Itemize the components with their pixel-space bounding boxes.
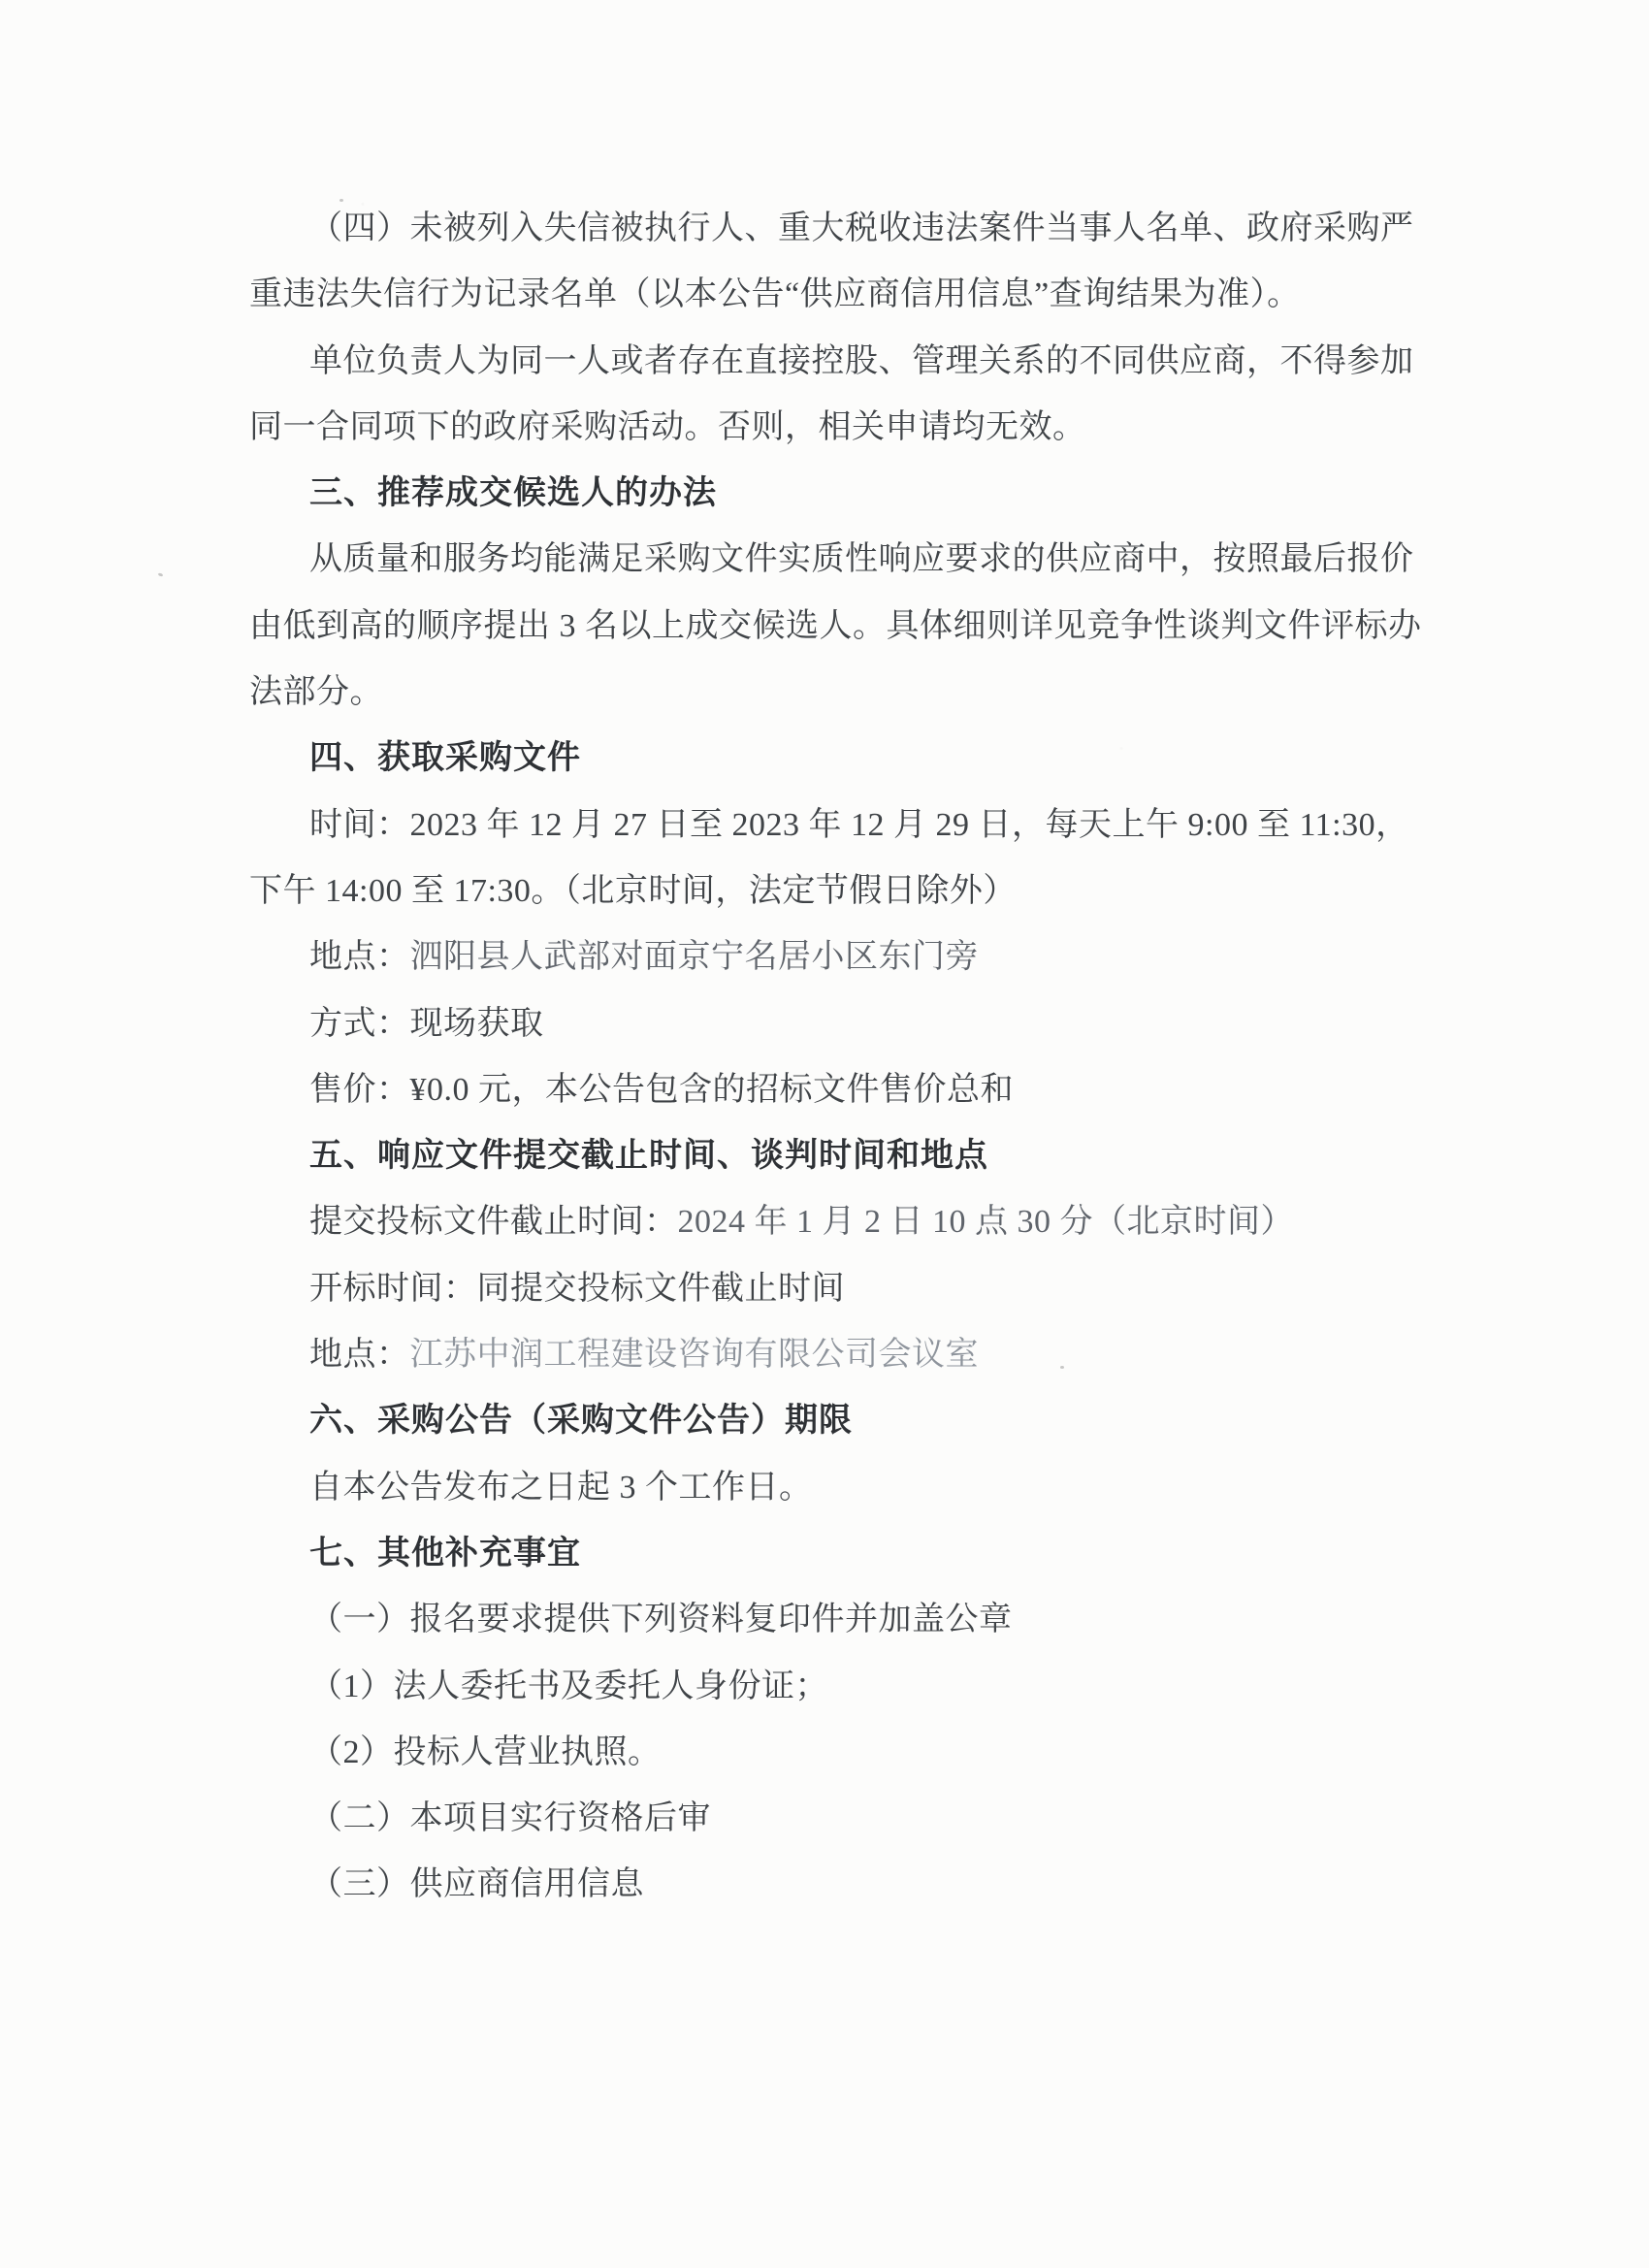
text-segment: 时间：2023 年 12 月 27 日至 2023 年 12 月 29 日，每天… <box>309 807 1409 843</box>
text-segment: （四）未被列入失信被执行人、重大税收违法案件当事人名单、政府采购严 <box>309 211 1414 246</box>
text-line: （一）报名要求提供下列资料复印件并加盖公章 <box>249 1587 1404 1653</box>
text-segment: 泗阳县人武部对面京宁名居小区东门旁 <box>410 939 980 975</box>
section-heading: 五、响应文件提交截止时间、谈判时间和地点 <box>249 1123 1404 1189</box>
text-segment: 单位负责人为同一人或者存在直接控股、管理关系的不同供应商，不得参加 <box>309 343 1414 379</box>
text-segment: 从质量和服务均能满足采购文件实质性响应要求的供应商中，按照最后报价 <box>309 541 1414 577</box>
text-line: 同一合同项下的政府采购活动。否则，相关申请均无效。 <box>249 395 1404 461</box>
text-line: 下午 14:00 至 17:30。（北京时间，法定节假日除外） <box>249 859 1404 924</box>
text-segment: （1）法人委托书及委托人身份证； <box>309 1669 828 1704</box>
text-segment: 地点： <box>309 939 410 975</box>
text-segment: 七、其他补充事宜 <box>309 1536 581 1571</box>
text-line: 方式：现场获取 <box>249 991 1404 1057</box>
text-line: 时间：2023 年 12 月 27 日至 2023 年 12 月 29 日，每天… <box>249 793 1404 859</box>
section-heading: 七、其他补充事宜 <box>249 1521 1404 1587</box>
text-line: （1）法人委托书及委托人身份证； <box>249 1654 1404 1720</box>
text-segment: 同一合同项下的政府采购活动。否则，相关申请均无效。 <box>249 409 1086 445</box>
scan-speck <box>158 572 164 577</box>
text-segment: 四、获取采购文件 <box>309 740 581 776</box>
text-line: （三）供应商信用信息 <box>249 1852 1404 1918</box>
text-line: （二）本项目实行资格后审 <box>249 1786 1404 1852</box>
text-line: 地点：泗阳县人武部对面京宁名居小区东门旁 <box>249 924 1404 990</box>
text-line: 售价：¥0.0 元，本公告包含的招标文件售价总和 <box>249 1057 1404 1123</box>
text-segment: 五、响应文件提交截止时间、谈判时间和地点 <box>309 1138 988 1174</box>
text-segment: 售价：¥0.0 元，本公告包含的招标文件售价总和 <box>309 1072 1014 1108</box>
text-line: 开标时间：同提交投标文件截止时间 <box>249 1256 1404 1322</box>
text-line: （四）未被列入失信被执行人、重大税收违法案件当事人名单、政府采购严 <box>249 196 1404 262</box>
text-segment: 六、采购公告（采购文件公告）期限 <box>309 1403 853 1439</box>
section-heading: 六、采购公告（采购文件公告）期限 <box>249 1388 1404 1454</box>
text-segment: 开标时间：同提交投标文件截止时间 <box>309 1271 845 1307</box>
scanned-document-page: （四）未被列入失信被执行人、重大税收违法案件当事人名单、政府采购严重违法失信行为… <box>0 0 1649 2268</box>
text-line: 重违法失信行为记录名单（以本公告“供应商信用信息”查询结果为准）。 <box>249 262 1404 328</box>
text-line: 自本公告发布之日起 3 个工作日。 <box>249 1455 1404 1521</box>
text-segment: （一）报名要求提供下列资料复印件并加盖公章 <box>309 1602 1013 1637</box>
document-body: （四）未被列入失信被执行人、重大税收违法案件当事人名单、政府采购严重违法失信行为… <box>249 196 1404 1919</box>
text-line: 单位负责人为同一人或者存在直接控股、管理关系的不同供应商，不得参加 <box>249 329 1404 395</box>
text-segment: 提交投标文件截止时间： <box>309 1204 678 1240</box>
text-segment: 三、推荐成交候选人的办法 <box>309 475 717 511</box>
text-segment: 2024 年 1 月 2 日 10 点 30 分（北京时间） <box>678 1204 1295 1240</box>
text-segment: 法部分。 <box>249 674 383 710</box>
text-segment: （二）本项目实行资格后审 <box>309 1800 711 1836</box>
text-segment: 重违法失信行为记录名单（以本公告“供应商信用信息”查询结果为准）。 <box>249 276 1301 312</box>
text-segment: 由低到高的顺序提出 3 名以上成交候选人。具体细则详见竞争性谈判文件评标办 <box>249 608 1422 644</box>
text-segment: （2）投标人营业执照。 <box>309 1734 662 1770</box>
text-line: 地点：江苏中润工程建设咨询有限公司会议室 <box>249 1322 1404 1388</box>
section-heading: 三、推荐成交候选人的办法 <box>249 461 1404 527</box>
text-line: 法部分。 <box>249 660 1404 726</box>
text-segment: 江苏中润工程建设咨询有限公司会议室 <box>410 1337 980 1373</box>
text-line: （2）投标人营业执照。 <box>249 1720 1404 1786</box>
text-segment: 自本公告发布之日起 3 个工作日。 <box>309 1470 813 1506</box>
section-heading: 四、获取采购文件 <box>249 726 1404 792</box>
text-line: 由低到高的顺序提出 3 名以上成交候选人。具体细则详见竞争性谈判文件评标办 <box>249 594 1404 660</box>
text-line: 从质量和服务均能满足采购文件实质性响应要求的供应商中，按照最后报价 <box>249 527 1404 593</box>
text-segment: 下午 14:00 至 17:30。（北京时间，法定节假日除外） <box>249 873 1017 909</box>
text-segment: 方式：现场获取 <box>309 1006 544 1042</box>
text-segment: （三）供应商信用信息 <box>309 1866 644 1902</box>
text-segment: 地点： <box>309 1337 410 1373</box>
text-line: 提交投标文件截止时间：2024 年 1 月 2 日 10 点 30 分（北京时间… <box>249 1189 1404 1255</box>
